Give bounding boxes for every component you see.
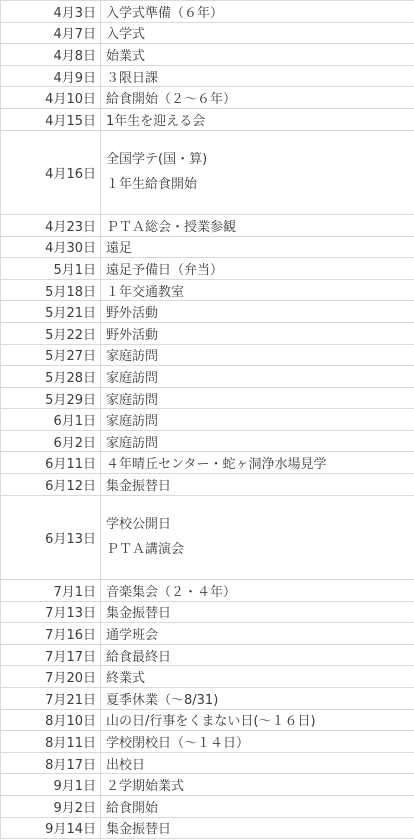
event-cell: 音楽集会（２・４年）: [101, 580, 414, 602]
event-cell: 山の日/行事をくまない日(～１６日): [101, 709, 414, 731]
event-cell: 始業式: [101, 44, 414, 66]
date-cell: 4月7日: [1, 22, 101, 44]
table-row: 6月12日集金振替日: [1, 474, 414, 496]
table-row: 6月1日家庭訪問: [1, 409, 414, 431]
table-row: 5月1日遠足予備日（弁当）: [1, 258, 414, 280]
event-cell: 1年生を迎える会: [101, 108, 414, 130]
event-line: ＰＴＡ講演会: [106, 537, 414, 562]
event-cell: 家庭訪問: [101, 366, 414, 388]
date-cell: 4月23日: [1, 214, 101, 236]
table-row: 4月15日1年生を迎える会: [1, 108, 414, 130]
date-cell: 4月8日: [1, 44, 101, 66]
event-cell: 給食開始（２～６年）: [101, 87, 414, 109]
table-row: 8月11日学校閉校日（～１４日）: [1, 731, 414, 753]
event-cell: 全国学テ(国・算)１年生給食開始: [101, 130, 414, 214]
date-cell: 6月11日: [1, 452, 101, 474]
date-cell: 6月1日: [1, 409, 101, 431]
date-cell: 8月17日: [1, 752, 101, 774]
event-line: １年生給食開始: [106, 172, 414, 197]
table-row: 4月23日ＰＴＡ総会・授業参観: [1, 214, 414, 236]
date-cell: 7月1日: [1, 580, 101, 602]
date-cell: 6月13日: [1, 495, 101, 579]
event-cell: ２学期始業式: [101, 774, 414, 796]
event-schedule-table: 4月3日入学式準備（６年）4月7日入学式4月8日始業式4月9日３限日課4月10日…: [0, 0, 414, 839]
date-cell: 7月16日: [1, 623, 101, 645]
date-cell: 8月10日: [1, 709, 101, 731]
table-row: 5月22日野外活動: [1, 322, 414, 344]
table-row: 7月13日集金振替日: [1, 601, 414, 623]
date-cell: 5月1日: [1, 258, 101, 280]
event-cell: 家庭訪問: [101, 430, 414, 452]
date-cell: 4月30日: [1, 236, 101, 258]
event-cell: 集金振替日: [101, 474, 414, 496]
date-cell: 5月27日: [1, 344, 101, 366]
event-line: 学校公開日: [106, 512, 414, 537]
table-row: 5月29日家庭訪問: [1, 387, 414, 409]
event-cell: 通学班会: [101, 623, 414, 645]
table-row: 7月17日給食最終日: [1, 644, 414, 666]
table-row: 6月2日家庭訪問: [1, 430, 414, 452]
date-cell: 4月9日: [1, 65, 101, 87]
table-row: 5月27日家庭訪問: [1, 344, 414, 366]
event-cell: ３限日課: [101, 65, 414, 87]
table-row: 4月30日遠足: [1, 236, 414, 258]
event-cell: 野外活動: [101, 301, 414, 323]
event-cell: 入学式: [101, 22, 414, 44]
calendar-table-body: 4月3日入学式準備（６年）4月7日入学式4月8日始業式4月9日３限日課4月10日…: [1, 1, 414, 839]
event-cell: ＰＴＡ総会・授業参観: [101, 214, 414, 236]
date-cell: 7月21日: [1, 688, 101, 710]
table-row: 7月20日終業式: [1, 666, 414, 688]
date-cell: 4月15日: [1, 108, 101, 130]
table-row: 7月1日音楽集会（２・４年）: [1, 580, 414, 602]
table-row: 6月13日学校公開日ＰＴＡ講演会: [1, 495, 414, 579]
event-cell: 遠足予備日（弁当）: [101, 258, 414, 280]
date-cell: 9月1日: [1, 774, 101, 796]
event-cell: 学校閉校日（～１４日）: [101, 731, 414, 753]
event-cell: 夏季休業（～8/31): [101, 688, 414, 710]
event-cell: １年交通教室: [101, 279, 414, 301]
date-cell: 4月10日: [1, 87, 101, 109]
table-row: 4月16日全国学テ(国・算)１年生給食開始: [1, 130, 414, 214]
table-row: 8月17日出校日: [1, 752, 414, 774]
event-cell: 家庭訪問: [101, 344, 414, 366]
table-row: 4月9日３限日課: [1, 65, 414, 87]
date-cell: 7月13日: [1, 601, 101, 623]
event-cell: 給食開始: [101, 796, 414, 818]
table-row: 5月18日１年交通教室: [1, 279, 414, 301]
date-cell: 9月2日: [1, 796, 101, 818]
date-cell: 5月22日: [1, 322, 101, 344]
event-cell: 学校公開日ＰＴＡ講演会: [101, 495, 414, 579]
event-cell: 給食最終日: [101, 644, 414, 666]
date-cell: 6月2日: [1, 430, 101, 452]
table-row: 7月16日通学班会: [1, 623, 414, 645]
date-cell: 4月3日: [1, 1, 101, 23]
table-row: 4月3日入学式準備（６年）: [1, 1, 414, 23]
date-cell: 6月12日: [1, 474, 101, 496]
event-cell: 野外活動: [101, 322, 414, 344]
table-row: 5月21日野外活動: [1, 301, 414, 323]
event-cell: 家庭訪問: [101, 387, 414, 409]
event-cell: 集金振替日: [101, 601, 414, 623]
event-cell: ４年晴丘センター・蛇ヶ洞浄水場見学: [101, 452, 414, 474]
table-row: 8月10日山の日/行事をくまない日(～１６日): [1, 709, 414, 731]
table-row: 4月10日給食開始（２～６年）: [1, 87, 414, 109]
date-cell: 5月28日: [1, 366, 101, 388]
table-row: 4月8日始業式: [1, 44, 414, 66]
event-cell: 入学式準備（６年）: [101, 1, 414, 23]
date-cell: 7月17日: [1, 644, 101, 666]
event-cell: 終業式: [101, 666, 414, 688]
date-cell: 9月14日: [1, 817, 101, 839]
date-cell: 5月21日: [1, 301, 101, 323]
date-cell: 4月16日: [1, 130, 101, 214]
event-cell: 集金振替日: [101, 817, 414, 839]
table-row: 5月28日家庭訪問: [1, 366, 414, 388]
table-row: 7月21日夏季休業（～8/31): [1, 688, 414, 710]
date-cell: 5月29日: [1, 387, 101, 409]
table-row: 9月14日集金振替日: [1, 817, 414, 839]
event-line: 全国学テ(国・算): [106, 147, 414, 172]
event-cell: 家庭訪問: [101, 409, 414, 431]
event-cell: 出校日: [101, 752, 414, 774]
table-row: 9月2日給食開始: [1, 796, 414, 818]
date-cell: 7月20日: [1, 666, 101, 688]
table-row: 6月11日４年晴丘センター・蛇ヶ洞浄水場見学: [1, 452, 414, 474]
table-row: 9月1日２学期始業式: [1, 774, 414, 796]
date-cell: 8月11日: [1, 731, 101, 753]
table-row: 4月7日入学式: [1, 22, 414, 44]
event-cell: 遠足: [101, 236, 414, 258]
date-cell: 5月18日: [1, 279, 101, 301]
